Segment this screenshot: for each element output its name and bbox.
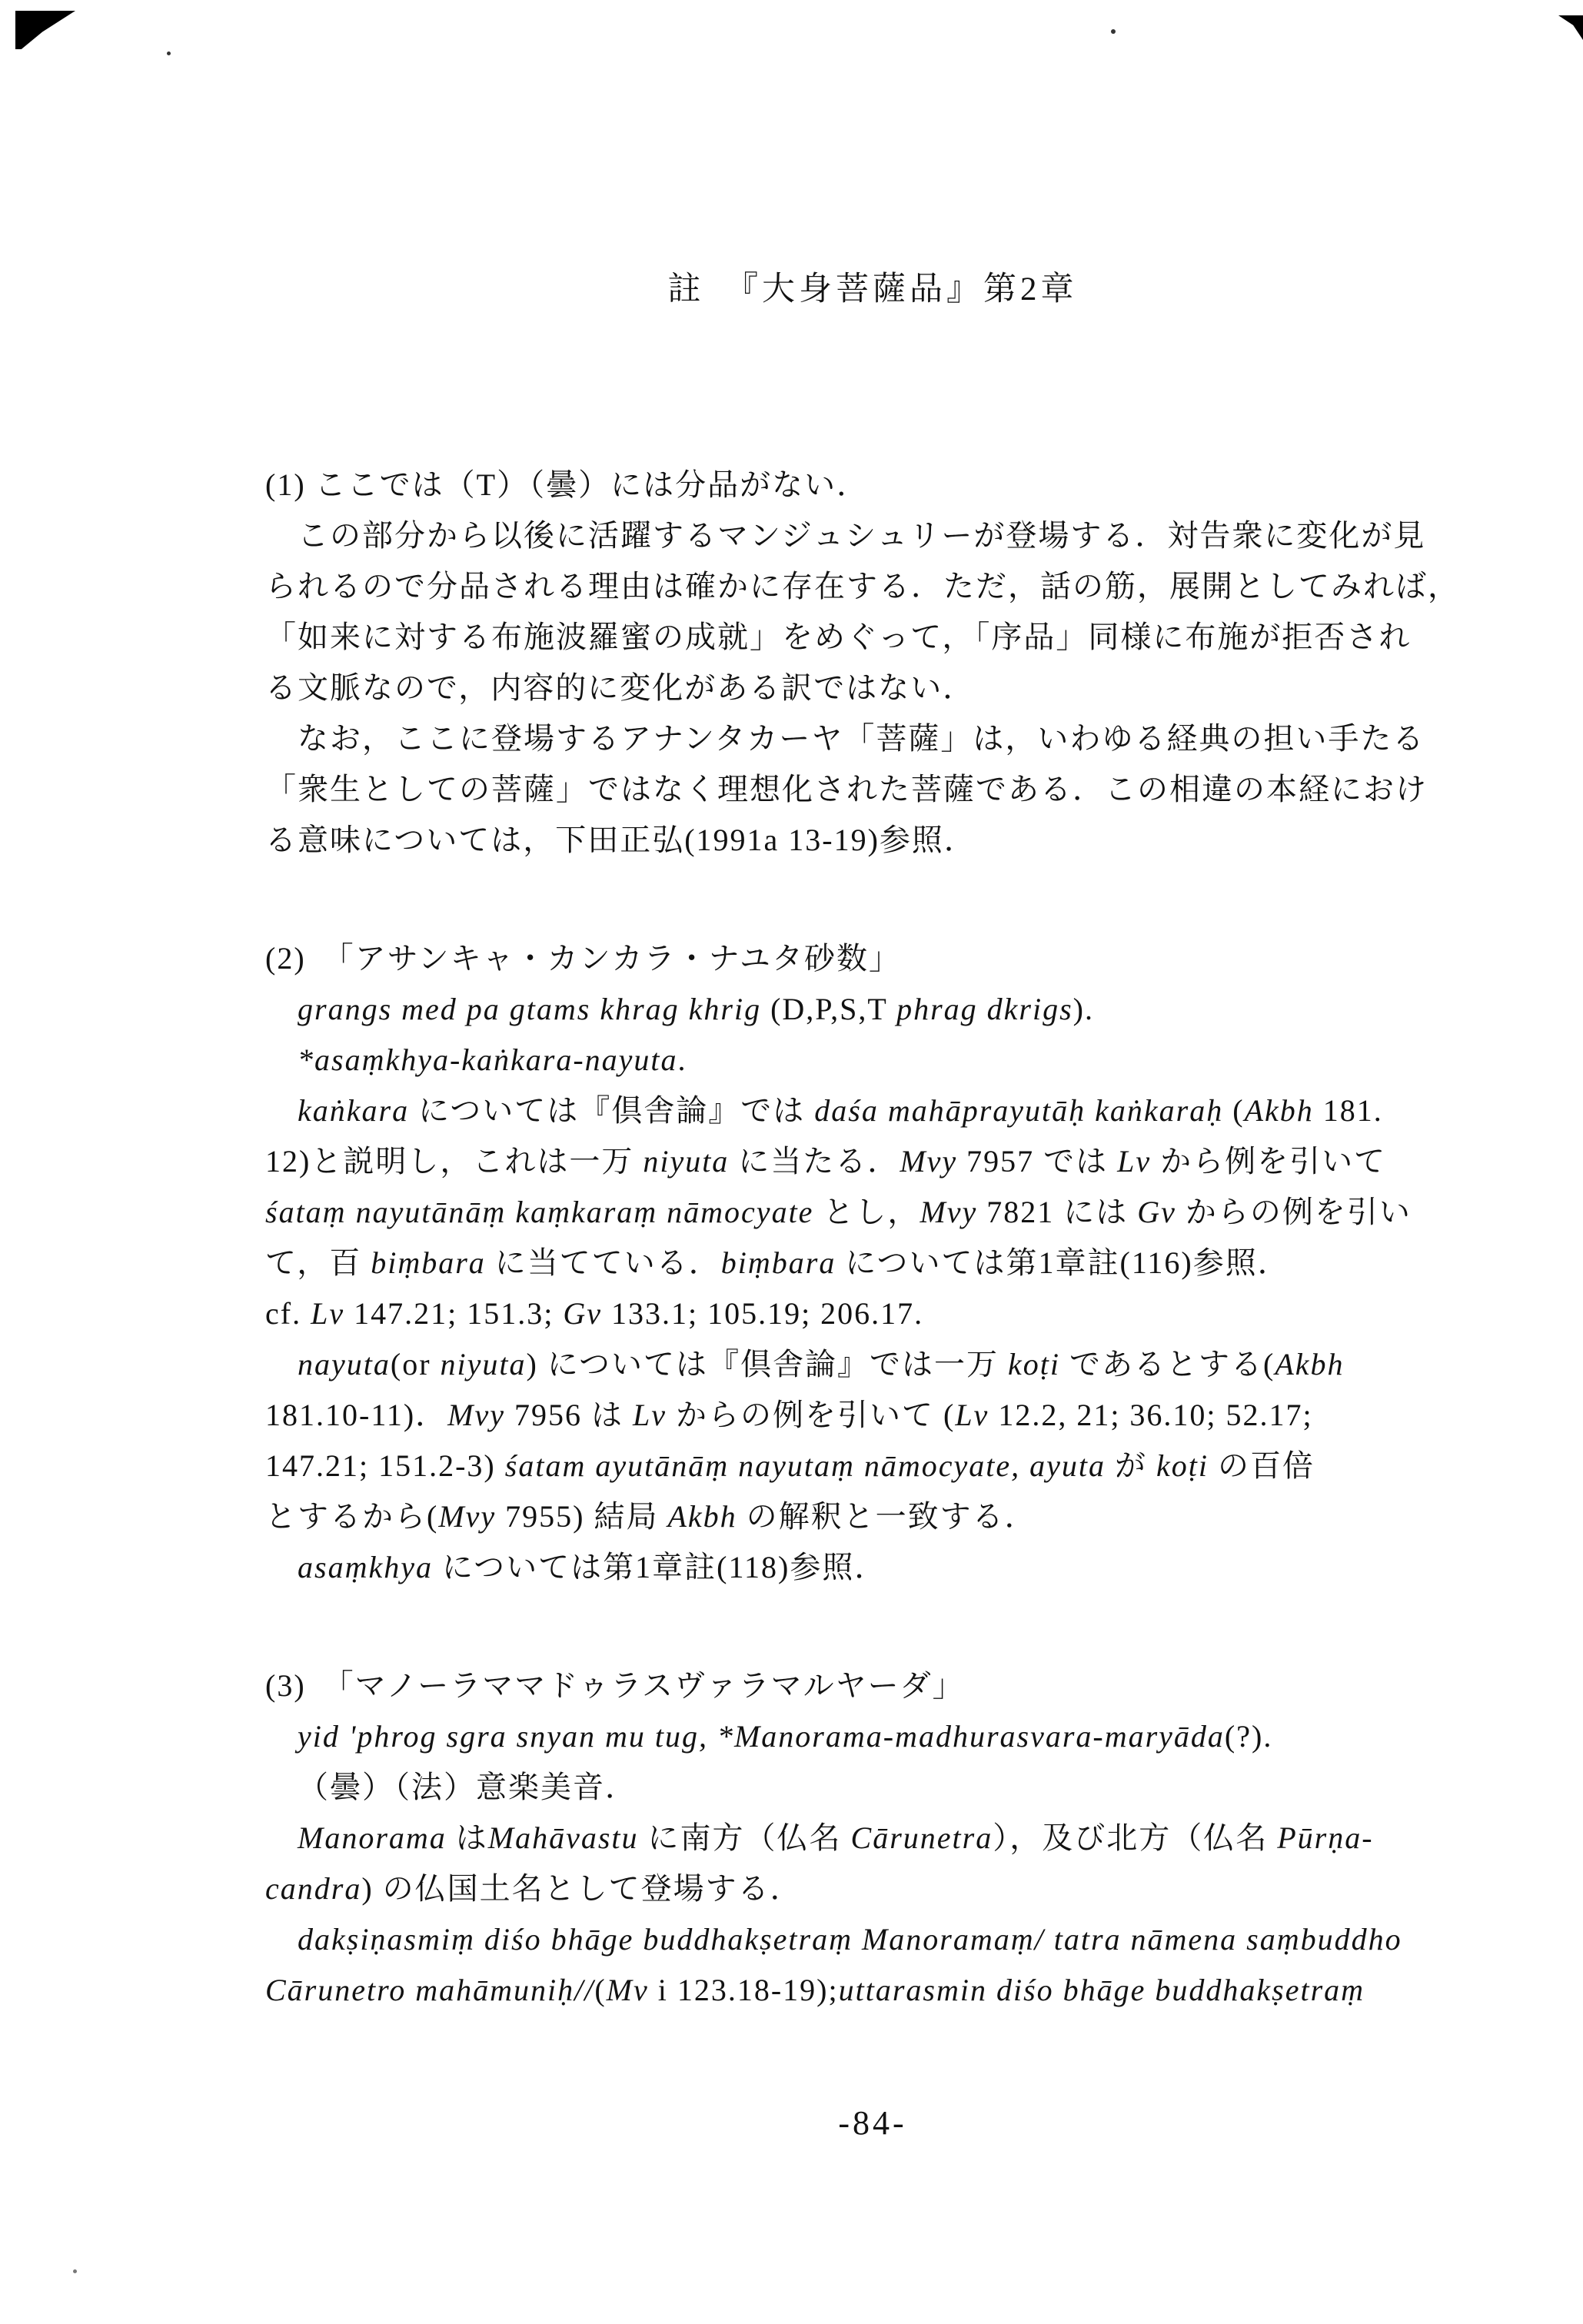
text-line: （曇）（法）意楽美音．: [265, 1762, 1495, 1813]
text-segment: に南方（仏名: [639, 1820, 851, 1855]
text-segment: からの例を引いて (: [667, 1398, 955, 1432]
text-line: 147.21; 151.2-3) śatam ayutānāṃ nayutaṃ …: [265, 1441, 1495, 1491]
text-line: この部分から以後に活躍するマンジュシュリーが登場する．対告衆に変化が見: [265, 510, 1495, 561]
text-segment: 147.21; 151.2-3): [265, 1448, 505, 1483]
text-line: yid 'phrog sgra snyan mu tug, *Manorama-…: [265, 1711, 1495, 1762]
romanized-term: uttarasmin diśo bhāge buddhakṣetraṃ: [839, 1973, 1365, 2007]
text-segment: については第1章註(116)参照．: [836, 1245, 1289, 1280]
text-segment: ) の仏国土名として登場する．: [361, 1871, 802, 1906]
text-segment: て，百: [265, 1245, 371, 1280]
romanized-term: Lv: [1117, 1144, 1151, 1179]
text-segment: に当たる．: [729, 1144, 900, 1179]
page-number: -84-: [265, 2103, 1480, 2143]
page-title: 註 『大身菩薩品』第2章: [265, 263, 1480, 310]
romanized-term: Mv: [607, 1973, 649, 2007]
scan-speck: [1111, 29, 1116, 34]
romanized-term: kaṅkara: [298, 1093, 409, 1128]
text-segment: 12.2, 21; 36.10; 52.17;: [989, 1398, 1312, 1432]
text-segment: (or: [391, 1347, 441, 1381]
text-segment: からの例を引い: [1176, 1195, 1412, 1229]
text-segment: の百倍: [1209, 1448, 1315, 1483]
text-line: 「如来に対する布施波羅蜜の成就」をめぐって，「序品」同様に布施が拒否され: [265, 612, 1495, 663]
romanized-term: biṃbara: [721, 1245, 836, 1280]
text-line: candra) の仏国土名として登場する．: [265, 1864, 1495, 1914]
romanized-term: Mvy: [900, 1144, 957, 1179]
romanized-term: Mvy: [447, 1398, 505, 1432]
scan-speck: [73, 2269, 77, 2273]
text-line: kaṅkara については『倶舎論』では daśa mahāprayutāḥ k…: [265, 1086, 1495, 1136]
text-segment: (D,P,S,T: [770, 992, 896, 1026]
text-segment: ），及び北方（仏名: [993, 1820, 1277, 1855]
text-segment: (: [1232, 1093, 1244, 1128]
text-line: (3) 「マノーラママドゥラスヴァラマルヤーダ」: [265, 1661, 1495, 1711]
text-segment: の解釈と一致する．: [737, 1499, 1037, 1534]
text-segment: 7956 は: [505, 1398, 633, 1432]
text-segment: が: [1106, 1448, 1156, 1483]
romanized-term: Cārunetra: [851, 1820, 993, 1855]
romanized-term: Mvy: [438, 1499, 496, 1534]
text-line: nayuta(or niyuta) については『倶舎論』では一万 koṭi であ…: [265, 1339, 1495, 1390]
romanized-term: *asaṃkhya-kaṅkara-nayuta: [298, 1042, 678, 1077]
text-segment: 133.1; 105.19; 206.17.: [602, 1296, 923, 1331]
text-line: (1) ここでは（T）（曇）には分品がない．: [265, 460, 1495, 510]
text-segment: であるとする(: [1060, 1347, 1275, 1381]
romanized-term: daśa mahāprayutāḥ kaṅkaraḥ: [814, 1093, 1232, 1128]
text-segment: この部分から以後に活躍するマンジュシュリーが登場する．対告衆に変化が見: [298, 518, 1425, 553]
text-segment: 147.21; 151.3;: [344, 1296, 563, 1331]
romanized-term: Akbh: [1245, 1093, 1314, 1128]
text-line: Cārunetro mahāmuniḥ//(Mv i 123.18-19);ut…: [265, 1965, 1495, 2016]
text-line: śataṃ nayutānāṃ kaṃkaraṃ nāmocyate とし，Mv…: [265, 1187, 1495, 1238]
romanized-term: candra: [265, 1871, 361, 1906]
note-section: (3) 「マノーラママドゥラスヴァラマルヤーダ」yid 'phrog sgra …: [265, 1661, 1495, 2016]
text-segment: る意味については，下田正弘(1991a 13-19)参照．: [265, 823, 976, 857]
text-segment: については第1章註(118)参照．: [433, 1550, 886, 1584]
scan-speck: [167, 52, 171, 55]
text-line: grangs med pa gtams khrag khrig (D,P,S,T…: [265, 984, 1495, 1035]
text-segment: とするから(: [265, 1499, 438, 1534]
text-segment: (2) 「アサンキャ・カンカラ・ナユタ砂数」: [265, 941, 901, 976]
romanized-term: Gv: [1137, 1195, 1176, 1229]
text-segment: 7955) 結局: [496, 1499, 667, 1534]
romanized-term: śatam ayutānāṃ nayutaṃ nāmocyate, ayuta: [505, 1448, 1106, 1483]
document-page: 註 『大身菩薩品』第2章 (1) ここでは（T）（曇）には分品がない．この部分か…: [0, 0, 1583, 2324]
text-line: (2) 「アサンキャ・カンカラ・ナユタ砂数」: [265, 933, 1495, 984]
text-segment: 181.: [1314, 1093, 1383, 1128]
text-segment: 7957 では: [957, 1144, 1117, 1179]
romanized-term: śataṃ nayutānāṃ kaṃkaraṃ nāmocyate: [265, 1195, 813, 1229]
text-body: (1) ここでは（T）（曇）には分品がない．この部分から以後に活躍するマンジュシ…: [265, 460, 1495, 2016]
text-segment: 12)と説明し，これは一万: [265, 1144, 643, 1179]
romanized-term: biṃbara: [371, 1245, 486, 1280]
text-segment: 「衆生としての菩薩」ではなく理想化された菩薩である．この相違の本経におけ: [265, 772, 1428, 806]
romanized-term: Lv: [955, 1398, 989, 1432]
romanized-term: Akbh: [667, 1499, 737, 1534]
text-segment: る文脈なので，内容的に変化がある訳ではない．: [265, 670, 975, 705]
text-segment: （曇）（法）意楽美音．: [298, 1770, 637, 1804]
romanized-term: Lv: [633, 1398, 667, 1432]
text-segment: ) については『倶舎論』では一万: [527, 1347, 1009, 1381]
romanized-term: koṭi: [1156, 1448, 1209, 1483]
text-line: とするから(Mvy 7955) 結局 Akbh の解釈と一致する．: [265, 1491, 1495, 1542]
text-line: なお，ここに登場するアナンタカーヤ「菩薩」は，いわゆる経典の担い手たる: [265, 713, 1495, 764]
romanized-term: yid 'phrog sgra snyan mu tug, *Manorama-…: [298, 1719, 1225, 1754]
text-line: 「衆生としての菩薩」ではなく理想化された菩薩である．この相違の本経におけ: [265, 764, 1495, 815]
romanized-term: Mvy: [920, 1195, 977, 1229]
romanized-term: grangs med pa gtams khrag khrig: [298, 992, 770, 1026]
scan-artifact-corner-top-left: [15, 11, 75, 49]
text-segment: 181.10-11)．: [265, 1398, 447, 1432]
text-segment: (: [594, 1973, 606, 2007]
romanized-term: Lv: [311, 1296, 344, 1331]
text-segment: (3) 「マノーラママドゥラスヴァラマルヤーダ」: [265, 1668, 965, 1703]
text-segment: なお，ここに登場するアナンタカーヤ「菩薩」は，いわゆる経典の担い手たる: [298, 721, 1425, 756]
romanized-term: Gv: [563, 1296, 602, 1331]
text-line: Manorama はMahāvastu に南方（仏名 Cārunetra），及び…: [265, 1813, 1495, 1864]
text-segment: ).: [1073, 992, 1094, 1026]
text-line: 181.10-11)．Mvy 7956 は Lv からの例を引いて (Lv 12…: [265, 1390, 1495, 1441]
romanized-term: niyuta: [441, 1347, 527, 1381]
text-segment: から例を引いて: [1151, 1144, 1386, 1179]
text-line: 12)と説明し，これは一万 niyuta に当たる．Mvy 7957 では Lv…: [265, 1136, 1495, 1187]
text-line: る文脈なので，内容的に変化がある訳ではない．: [265, 663, 1495, 713]
text-segment: とし，: [813, 1195, 920, 1229]
scan-artifact-corner-top-right: [1558, 15, 1583, 40]
romanized-term: Manorama: [298, 1820, 447, 1855]
text-segment: は: [447, 1820, 488, 1855]
romanized-term: asaṃkhya: [298, 1550, 433, 1584]
text-segment: に当てている．: [486, 1245, 721, 1280]
text-segment: 7821 には: [977, 1195, 1137, 1229]
romanized-term: Pūrṇa-: [1277, 1820, 1373, 1855]
text-segment: 「如来に対する布施波羅蜜の成就」をめぐって，「序品」同様に布施が拒否され: [265, 620, 1411, 654]
text-line: る意味については，下田正弘(1991a 13-19)参照．: [265, 815, 1495, 866]
text-segment: られるので分品される理由は確かに存在する．ただ，話の筋，展開としてみれば，: [265, 569, 1460, 603]
text-segment: (1) ここでは（T）（曇）には分品がない．: [265, 467, 869, 502]
romanized-term: phrag dkrigs: [896, 992, 1073, 1026]
text-segment: については『倶舎論』では: [409, 1093, 814, 1128]
text-segment: i 123.18-19);: [649, 1973, 839, 2007]
note-section: (1) ここでは（T）（曇）には分品がない．この部分から以後に活躍するマンジュシ…: [265, 460, 1495, 866]
text-segment: cf.: [265, 1296, 311, 1331]
text-line: dakṣiṇasmiṃ diśo bhāge buddhakṣetraṃ Man…: [265, 1914, 1495, 1965]
romanized-term: nayuta: [298, 1347, 391, 1381]
text-line: cf. Lv 147.21; 151.3; Gv 133.1; 105.19; …: [265, 1288, 1495, 1339]
text-line: asaṃkhya については第1章註(118)参照．: [265, 1542, 1495, 1593]
romanized-term: niyuta: [643, 1144, 729, 1179]
romanized-term: Akbh: [1275, 1347, 1344, 1381]
romanized-term: Cārunetro mahāmuniḥ//: [265, 1973, 594, 2007]
text-line: て，百 biṃbara に当てている．biṃbara については第1章註(116…: [265, 1238, 1495, 1288]
note-section: (2) 「アサンキャ・カンカラ・ナユタ砂数」grangs med pa gtam…: [265, 933, 1495, 1593]
text-segment: .: [678, 1042, 687, 1077]
text-line: *asaṃkhya-kaṅkara-nayuta.: [265, 1035, 1495, 1086]
text-segment: (?).: [1225, 1719, 1272, 1754]
text-line: られるので分品される理由は確かに存在する．ただ，話の筋，展開としてみれば，: [265, 561, 1495, 612]
romanized-term: Mahāvastu: [488, 1820, 639, 1855]
romanized-term: dakṣiṇasmiṃ diśo bhāge buddhakṣetraṃ Man…: [298, 1922, 1402, 1957]
romanized-term: koṭi: [1008, 1347, 1060, 1381]
